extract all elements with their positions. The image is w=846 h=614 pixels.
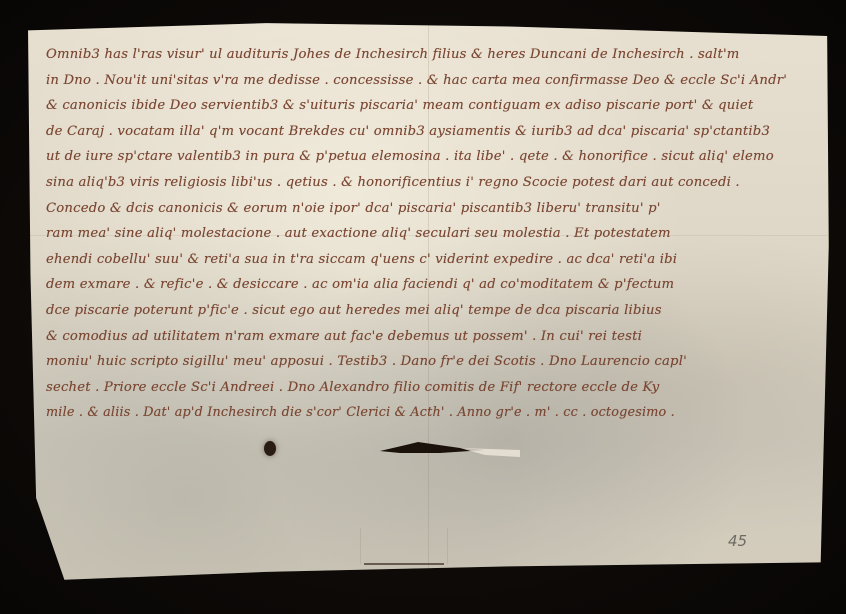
text-line-3: & canonicis ibide Deo servientib3 & s'ui… <box>46 93 816 119</box>
text-line-11: dce piscarie poterunt p'fic'e . sicut eg… <box>46 298 816 324</box>
text-line-15: mile . & aliis . Dat' ap'd Inchesirch di… <box>46 400 791 426</box>
seal-tag-area <box>360 528 448 564</box>
text-line-5: ut de iure sp'ctare valentib3 in pura & … <box>46 144 816 170</box>
text-line-14: sechet . Priore eccle Sc'i Andreei . Dno… <box>46 375 816 401</box>
text-line-6: sina aliq'b3 viris religiosis libi'us . … <box>46 170 816 196</box>
text-line-1: Omnib3 has l'ras visur' ul audituris Joh… <box>46 42 816 68</box>
text-line-8: ram mea' sine aliq' molestacione . aut e… <box>46 221 816 247</box>
text-line-10: dem exmare . & refic'e . & desiccare . a… <box>46 272 816 298</box>
text-line-13: moniu' huic scripto sigillu' meu' apposu… <box>46 349 816 375</box>
charter-text: Omnib3 has l'ras visur' ul audituris Joh… <box>46 42 816 426</box>
charter-parchment: Omnib3 has l'ras visur' ul audituris Joh… <box>24 22 832 582</box>
text-line-2: in Dno . Nou'it uni'sitas v'ra me dediss… <box>46 68 816 94</box>
parchment-tear <box>380 441 520 457</box>
text-line-12: & comodius ad utilitatem n'ram exmare au… <box>46 324 816 350</box>
parchment-hole <box>264 441 276 456</box>
archive-number: 45 <box>728 532 747 550</box>
text-line-9: ehendi cobellu' suu' & reti'a sua in t'r… <box>46 247 816 273</box>
text-line-4: de Caraj . vocatam illa' q'm vocant Brek… <box>46 119 816 145</box>
text-line-7: Concedo & dcis canonicis & eorum n'oie i… <box>46 196 816 222</box>
seal-tag-slit <box>364 563 444 565</box>
